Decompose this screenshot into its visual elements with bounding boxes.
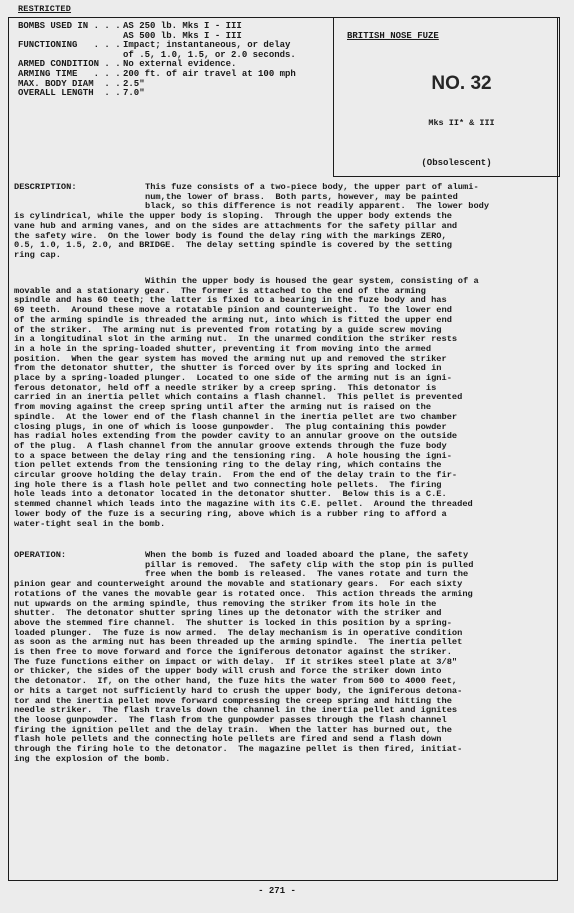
fuze-number: NO. 32 [334,73,559,95]
spec-label: BOMBS USED IN . . . [18,22,123,32]
operation-intro: When the bomb is fuzed and loaded aboard… [14,551,552,580]
fuze-category: BRITISH NOSE FUZE [347,31,439,41]
operation-label: OPERATION: [14,551,66,561]
page-number: - 271 - [0,886,574,896]
text-line: 0.5, 1.0, 1.5, 2.0, and BRIDGE. The dela… [14,241,552,251]
text-line: ring cap. [14,251,552,261]
description-paragraph-2: Within the upper body is housed the gear… [14,277,552,529]
operation-section: OPERATION: When the bomb is fuzed and lo… [14,551,552,764]
description-section: DESCRIPTION: This fuze consists of a two… [14,183,552,261]
fuze-marks: Mks II* & III [334,118,559,128]
title-box: BRITISH NOSE FUZE NO. 32 Mks II* & III (… [333,17,560,177]
description-paragraph-1-continued: is cylindrical, while the upper body is … [14,212,552,261]
fuze-status: (Obsolescent) [334,158,559,168]
operation-body: pinion gear and counterweight around the… [14,580,552,764]
spec-value: 7.0" [123,89,145,99]
description-label: DESCRIPTION: [14,183,77,193]
spec-label: OVERALL LENGTH . . [18,89,123,99]
restricted-marking: RESTRICTED [18,4,71,14]
text-line: water-tight seal in the bomb. [14,520,552,530]
description-paragraph-1: This fuze consists of a two-piece body, … [14,183,552,212]
paragraph-body: movable and a stationary gear. The forme… [14,287,552,530]
text-line: ing the explosion of the bomb. [14,755,552,765]
spec-value: 200 ft. of air travel at 100 mph [123,70,296,80]
spec-row: OVERALL LENGTH . .7.0" [18,89,336,99]
specifications-block: BOMBS USED IN . . .AS 250 lb. Mks I - II… [18,22,336,99]
spec-label: FUNCTIONING . . . [18,41,123,51]
